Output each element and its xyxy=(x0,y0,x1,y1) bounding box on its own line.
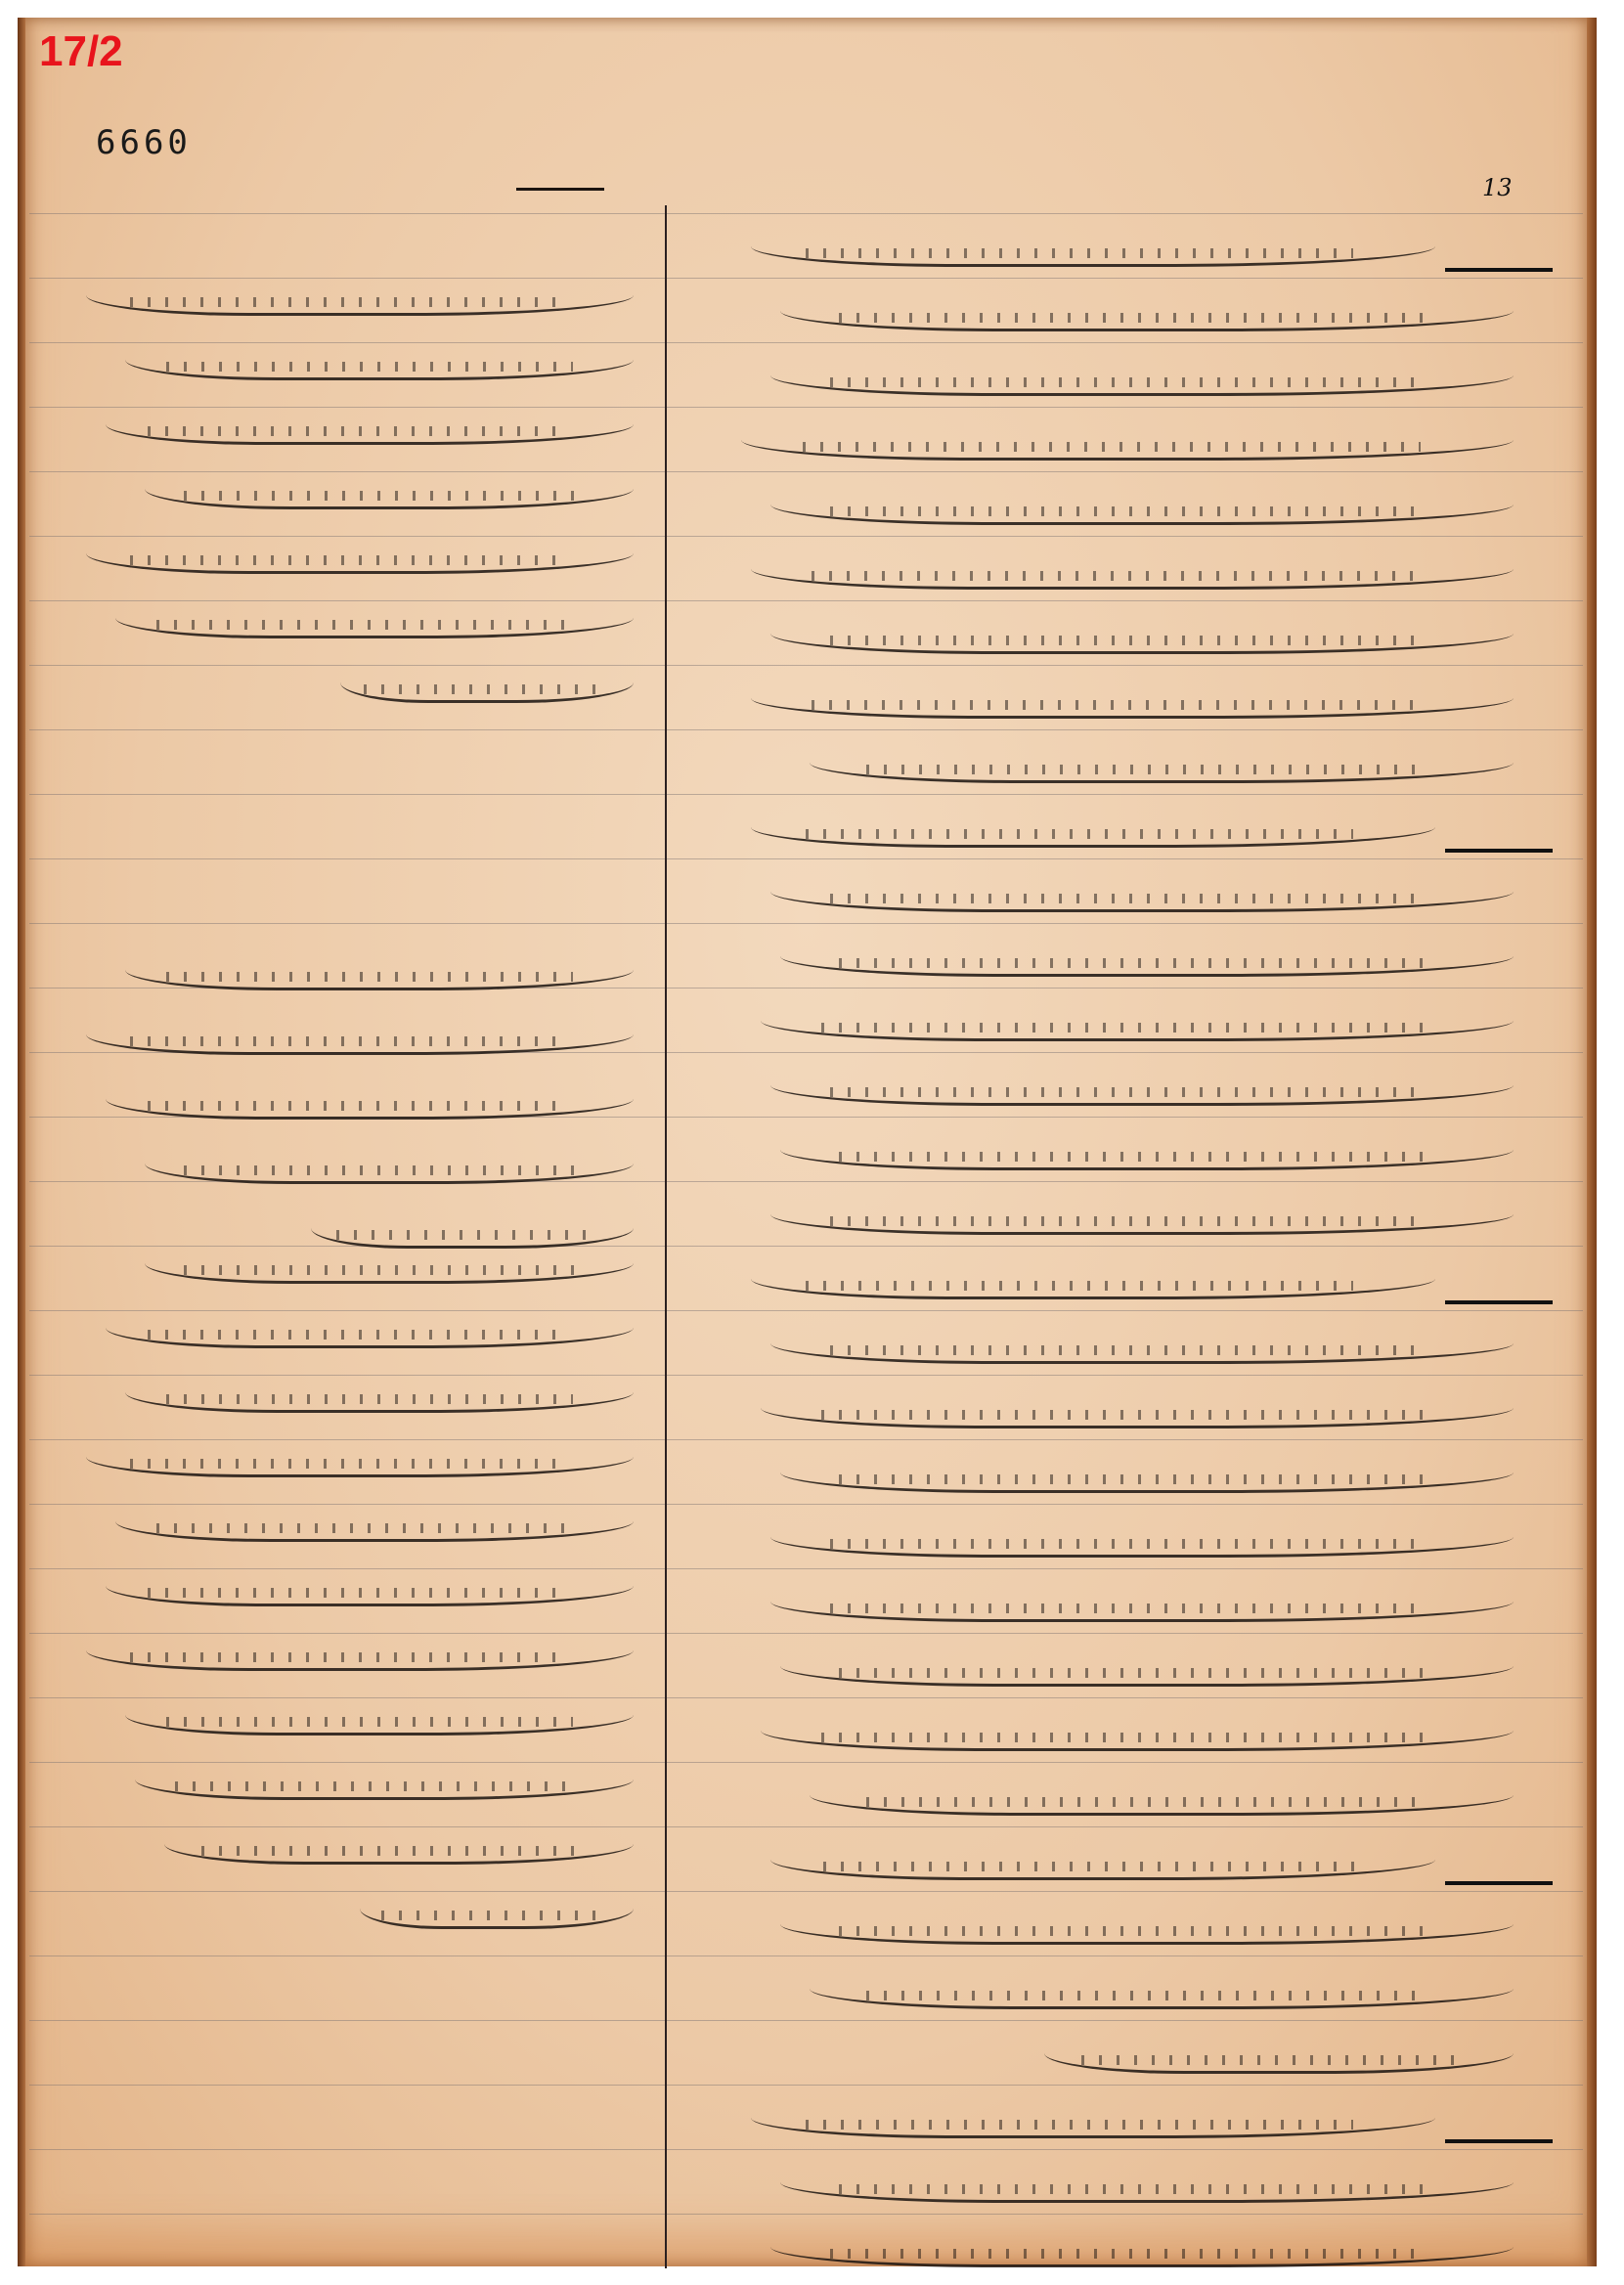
handwritten-line xyxy=(86,1457,634,1477)
handwritten-line xyxy=(770,2247,1514,2267)
rule-line xyxy=(29,2149,1583,2150)
speaker-name-label xyxy=(1445,827,1553,853)
page-edge-left xyxy=(18,18,25,2266)
speaker-name-label xyxy=(1445,1279,1553,1304)
handwritten-line xyxy=(780,1666,1514,1687)
stamp-number: 6660 xyxy=(96,123,192,162)
rule-line xyxy=(29,1891,1583,1892)
notebook-page: 17/2 6660 13 xyxy=(18,18,1597,2266)
handwritten-line xyxy=(106,424,634,445)
handwritten-line xyxy=(86,553,634,574)
handwritten-line xyxy=(125,360,634,380)
handwritten-line xyxy=(115,618,634,638)
handwritten-line xyxy=(770,634,1514,654)
handwritten-line xyxy=(751,246,1435,267)
handwritten-line xyxy=(751,2118,1435,2138)
rule-line xyxy=(29,923,1583,924)
speaker-name-label xyxy=(1445,246,1553,272)
handwritten-line xyxy=(810,763,1514,783)
handwritten-line xyxy=(770,1602,1514,1622)
rule-line xyxy=(29,2214,1583,2215)
rule-line xyxy=(29,1504,1583,1505)
handwritten-line xyxy=(360,1909,634,1929)
handwritten-line xyxy=(810,1989,1514,2009)
rule-line xyxy=(29,1439,1583,1440)
handwritten-line xyxy=(741,440,1514,461)
rule-line xyxy=(29,407,1583,408)
handwritten-line xyxy=(86,1650,634,1671)
handwritten-line xyxy=(1044,2053,1514,2074)
rule-line xyxy=(29,1568,1583,1569)
rule-line xyxy=(29,600,1583,601)
handwritten-line xyxy=(770,505,1514,525)
handwritten-line xyxy=(761,1021,1514,1041)
rule-line xyxy=(29,1826,1583,1827)
handwritten-line xyxy=(770,1085,1514,1106)
handwritten-line xyxy=(115,1521,634,1542)
page-edge-right xyxy=(1587,18,1597,2266)
handwritten-line xyxy=(761,1731,1514,1751)
handwritten-line xyxy=(145,1263,634,1284)
handwritten-line xyxy=(125,1392,634,1413)
rule-line xyxy=(29,665,1583,666)
handwritten-line xyxy=(761,1408,1514,1428)
handwritten-line xyxy=(770,1860,1435,1880)
handwritten-line xyxy=(106,1586,634,1606)
handwritten-line xyxy=(751,1279,1435,1299)
rule-line xyxy=(29,1375,1583,1376)
left-column-heading xyxy=(516,168,604,191)
rule-line xyxy=(29,1310,1583,1311)
page-number-mark: 13 xyxy=(1482,174,1513,201)
rule-line xyxy=(29,213,1583,214)
column-divider xyxy=(665,205,667,2268)
rule-line xyxy=(29,858,1583,859)
handwritten-line xyxy=(810,1795,1514,1816)
handwritten-line xyxy=(770,375,1514,396)
rule-line xyxy=(29,2085,1583,2086)
handwritten-line xyxy=(780,1150,1514,1170)
rule-line xyxy=(29,794,1583,795)
rule-line xyxy=(29,342,1583,343)
handwritten-line xyxy=(340,682,634,703)
handwritten-line xyxy=(145,489,634,509)
handwritten-line xyxy=(135,1780,634,1800)
speaker-name-label xyxy=(1445,2118,1553,2143)
handwritten-line xyxy=(770,892,1514,912)
rule-line xyxy=(29,1246,1583,1247)
handwritten-line xyxy=(751,569,1514,590)
handwritten-line xyxy=(780,1472,1514,1493)
handwritten-line xyxy=(770,1537,1514,1558)
rule-line xyxy=(29,2020,1583,2021)
rule-line xyxy=(29,1697,1583,1698)
archive-label: 17/2 xyxy=(39,27,123,76)
handwritten-line xyxy=(780,956,1514,977)
rule-line xyxy=(29,1762,1583,1763)
rule-line xyxy=(29,471,1583,472)
handwritten-line xyxy=(780,311,1514,331)
handwritten-line xyxy=(86,295,634,316)
handwritten-line xyxy=(770,1214,1514,1235)
handwritten-line xyxy=(780,1924,1514,1945)
handwritten-line xyxy=(106,1328,634,1348)
handwritten-line xyxy=(164,1844,634,1865)
handwritten-line xyxy=(770,1343,1514,1364)
handwritten-line xyxy=(125,1715,634,1736)
handwritten-line xyxy=(751,698,1514,719)
rule-line xyxy=(29,1955,1583,1956)
rule-line xyxy=(29,1633,1583,1634)
speaker-name-label xyxy=(1445,1860,1553,1885)
handwritten-line xyxy=(751,827,1435,848)
rule-line xyxy=(29,536,1583,537)
handwritten-line xyxy=(780,2182,1514,2203)
rule-line xyxy=(29,729,1583,730)
rule-line xyxy=(29,278,1583,279)
